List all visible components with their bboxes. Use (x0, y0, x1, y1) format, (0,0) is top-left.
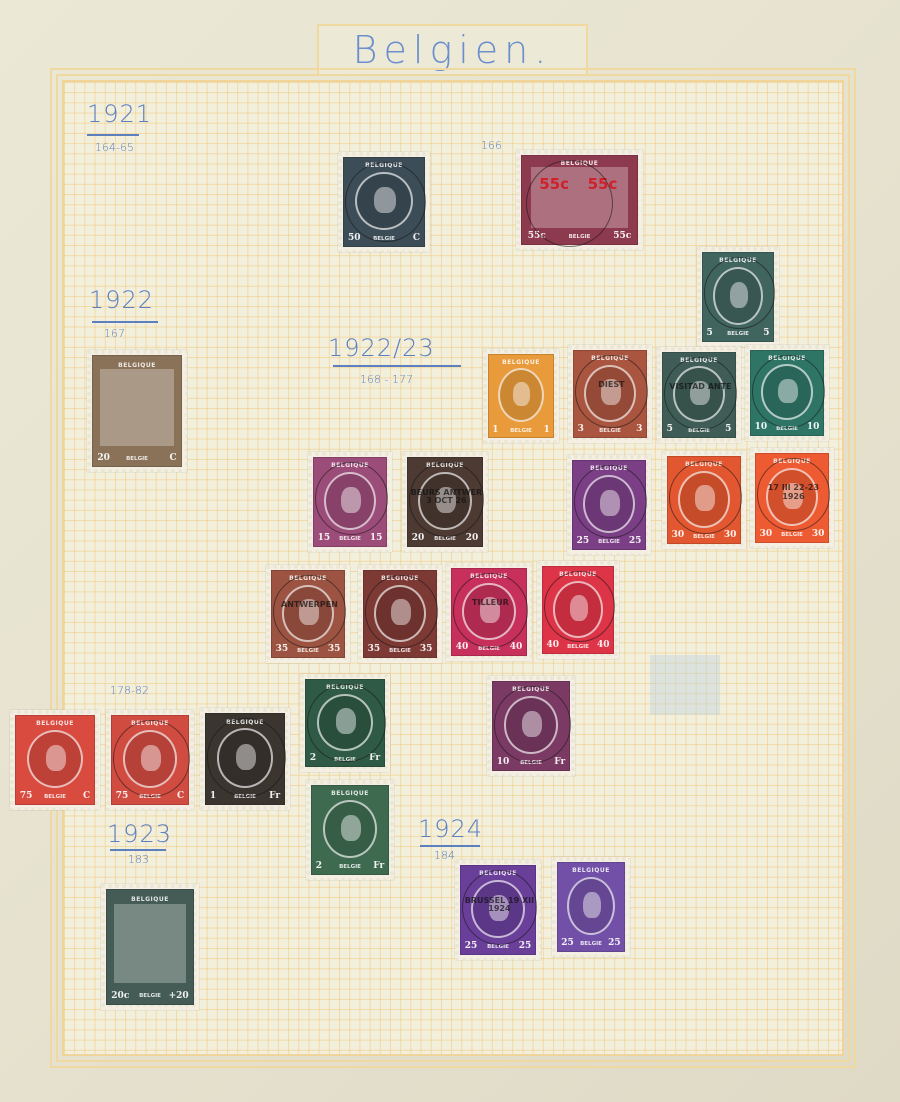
stamp: BELGIQUEBELGIE55VISITAD ANTE (657, 347, 741, 443)
portrait-oval (766, 468, 818, 526)
stamp-design: BELGIQUEBELGIE10Fr (492, 681, 570, 771)
portrait-oval (355, 172, 413, 230)
stamp-design: BELGIQUEBELGIE11 (488, 354, 554, 438)
stamp-country: BELGIQUE (107, 896, 193, 903)
stamp-design: BELGIQUEBELGIE2020 (407, 457, 483, 547)
catalog-label-178-82: 178-82 (110, 684, 149, 697)
underline (110, 849, 166, 851)
stamp-value-left: 1 (492, 425, 498, 435)
underline (420, 845, 480, 847)
underline (87, 134, 139, 136)
stamp-value-left: 25 (465, 941, 478, 951)
king-portrait-icon (436, 487, 456, 513)
stamp-country: BELGIQUE (558, 867, 624, 874)
underline (92, 321, 158, 323)
stamp-value-right: 3 (636, 424, 642, 434)
stamp-value-right: 35 (420, 644, 433, 654)
year-label-1922: 1922 (89, 286, 154, 314)
stamp: BELGIQUEBELGIE10Fr (487, 676, 575, 776)
stamp-design: BELGIQUEBELGIE4040 (451, 568, 527, 656)
king-portrait-icon (730, 282, 749, 308)
king-portrait-icon (341, 815, 361, 841)
stamp: BELGIQUE55c55cBELGIE55c55c (516, 150, 643, 250)
stamp-design: BELGIQUEBELGIE50C (343, 157, 425, 247)
stamp-value-right: 5 (763, 328, 769, 338)
stamp-value-left: 30 (672, 530, 685, 540)
portrait-oval (583, 475, 635, 533)
portrait-oval (282, 585, 334, 642)
stamp-design: BELGIQUEBELGIE2Fr (311, 785, 389, 875)
stamp-value-left: 35 (368, 644, 381, 654)
king-portrait-icon (489, 895, 509, 921)
portrait-oval (323, 800, 378, 858)
stamp-country: BELGIQUE (489, 359, 553, 366)
stamp-value-right: Fr (373, 861, 384, 871)
stamp: BELGIQUEBELGIE2Fr (306, 780, 394, 880)
stamp: BELGIQUEBELGIE3535 (358, 565, 442, 663)
stamp-value-right: Fr (369, 753, 380, 763)
stamp-value-left: 35 (276, 644, 289, 654)
king-portrait-icon (690, 381, 709, 406)
portrait-oval (678, 471, 730, 528)
stamp: BELGIQUEBELGIE3030 (662, 451, 746, 549)
stamp-country: BELGIQUE (573, 465, 645, 472)
portrait-oval (462, 583, 515, 640)
stamp: BELGIQUEBELGIE3535ANTWERPEN (266, 565, 350, 663)
portrait-oval (567, 877, 615, 935)
portrait-oval (584, 365, 636, 422)
stamp-value-right: 25 (629, 536, 642, 546)
stamp-design: BELGIQUEBELGIE1Fr (205, 713, 285, 805)
stamp-value-left: 1 (210, 791, 216, 801)
stamp-design: BELGIQUEBELGIE75C (111, 715, 189, 805)
stamp-value-right: C (413, 233, 420, 243)
stamp-country: BELGIQUE (344, 162, 424, 169)
stamp-country: BELGIQUE (16, 720, 94, 727)
stamp-value-left: 3 (578, 424, 584, 434)
stamp-design: BELGIQUEBELGIE20c+20 (106, 889, 194, 1005)
king-portrait-icon (583, 892, 600, 918)
stamp-value-left: 55c (528, 231, 546, 241)
catalog-label-1924: 184 (434, 849, 455, 862)
stamp-value-right: Fr (269, 791, 280, 801)
stamp-value-right: C (83, 791, 90, 801)
stamp-country: BELGIQUE (112, 720, 188, 727)
stain (650, 655, 720, 715)
king-portrait-icon (600, 490, 619, 516)
stamp: BELGIQUEBELGIE4040 (537, 561, 619, 659)
stamp-design: BELGIQUEBELGIE55 (662, 352, 736, 438)
stamp-country: BELGIQUE (756, 458, 828, 465)
king-portrait-icon (299, 599, 318, 624)
portrait-oval (317, 694, 373, 751)
portrait-oval (713, 267, 763, 325)
king-portrait-icon (336, 708, 357, 733)
stamp-country: BELGIQUE (364, 575, 436, 582)
stamp-value-right: 1 (544, 425, 550, 435)
stamp-country: BELGIQUE (408, 462, 482, 469)
underline (333, 365, 461, 367)
portrait-oval (553, 581, 603, 638)
stamp-value-right: 55c (613, 231, 631, 241)
catalog-label-1921: 164-65 (95, 141, 134, 154)
king-portrait-icon (601, 379, 620, 404)
stamp-value-right: 5 (725, 424, 731, 434)
stamp-country: BELGIQUE (543, 571, 613, 578)
stamp-value-left: 50 (348, 233, 361, 243)
king-portrait-icon (141, 745, 161, 771)
portrait-oval (374, 585, 426, 642)
stamp-value-left: 25 (577, 536, 590, 546)
stamp-value-left: 75 (116, 791, 129, 801)
stamp: BELGIQUEBELGIE75C (10, 710, 100, 810)
year-label-1921: 1921 (87, 100, 152, 128)
portrait-oval (504, 696, 559, 754)
stamp-design: BELGIQUEBELGIE3030 (755, 453, 829, 543)
stamp-design: BELGIQUEBELGIE55 (702, 252, 774, 342)
catalog-label-1923: 183 (128, 853, 149, 866)
king-portrait-icon (236, 744, 257, 771)
stamp-value-right: 20 (466, 533, 479, 543)
stamp-country: BELGIQUE (272, 575, 344, 582)
portrait-oval (761, 364, 813, 419)
stamp: BELGIQUEBELGIE1Fr (200, 708, 290, 810)
stamp-value-left: 15 (318, 533, 331, 543)
stamp: BELGIQUEBELGIE1515 (308, 452, 392, 552)
portrait-oval (27, 730, 83, 788)
stamp-value-right: 25 (608, 938, 621, 948)
stamp: BELGIQUEBELGIE1010 (745, 345, 829, 441)
king-portrait-icon (513, 382, 530, 406)
stamp-value-left: 20 (412, 533, 425, 543)
stamp-value-right: +20 (169, 991, 189, 1001)
stamp: BELGIQUEBELGIE55 (697, 247, 779, 347)
stamp: BELGIQUEBELGIE75C (106, 710, 194, 810)
stamp-design: BELGIQUEBELGIE2525 (460, 865, 536, 955)
stamp-country: BELGIQUE (93, 362, 181, 369)
stamp-value-right: 10 (807, 422, 820, 432)
title-box: Belgien. (317, 24, 588, 74)
stamp-value-left: 20 (97, 453, 110, 463)
portrait-oval (673, 366, 725, 421)
king-portrait-icon (480, 597, 500, 622)
stamp-country: BELGIQUE (461, 870, 535, 877)
stamp-country: BELGIQUE (306, 684, 384, 691)
year-label-1923: 1923 (107, 820, 172, 848)
king-portrait-icon (391, 599, 410, 624)
catalog-label-1922-23: 168 - 177 (360, 373, 413, 386)
stamp-country: BELGIQUE (493, 686, 569, 693)
king-portrait-icon (374, 187, 395, 213)
stamp-country: BELGIQUE (751, 355, 823, 362)
stamp: BELGIQUEBELGIE4040TILLEUR (446, 563, 532, 661)
portrait-oval (217, 728, 273, 787)
stamp-value-left: 25 (561, 938, 574, 948)
stamp-design: BELGIQUEBELGIE2525 (557, 862, 625, 952)
stamp-value-left: 5 (667, 424, 673, 434)
stamp-value-left: 30 (760, 529, 773, 539)
stamp-value-right: C (169, 453, 176, 463)
king-portrait-icon (778, 379, 797, 404)
stamp-design: BELGIQUEBELGIE3535 (271, 570, 345, 658)
stamp-design: BELGIQUE55c55cBELGIE55c55c (521, 155, 638, 245)
king-portrait-icon (783, 483, 802, 509)
stamp: BELGIQUEBELGIE2020BEURS ANTWER 3 OCT 26 (402, 452, 488, 552)
stamp: BELGIQUEBELGIE2525 (552, 857, 630, 957)
stamp-value-right: 40 (510, 642, 523, 652)
stamp-value-right: 35 (328, 644, 341, 654)
stamp: BELGIQUEBELGIE20C (87, 350, 187, 472)
overprint: 55c (539, 175, 569, 193)
stamp-design: BELGIQUEBELGIE4040 (542, 566, 614, 654)
stamp-value-left: 10 (755, 422, 768, 432)
stamp-value-left: 10 (497, 757, 510, 767)
overprint: 55c (588, 175, 618, 193)
stamp: BELGIQUEBELGIE11 (483, 349, 559, 443)
stamp-value-left: 2 (316, 861, 322, 871)
stamp-value-right: 30 (724, 530, 737, 540)
stamp: BELGIQUEBELGIE50C (338, 152, 430, 252)
portrait-oval (123, 730, 178, 788)
stamp-design: BELGIQUEBELGIE1515 (313, 457, 387, 547)
stamp-scene (114, 904, 186, 984)
stamp-design: BELGIQUEBELGIE3030 (667, 456, 741, 544)
catalog-label-1922: 167 (104, 327, 125, 340)
portrait-oval (418, 472, 471, 530)
stamp-country: BELGIQUE (574, 355, 646, 362)
stamp: BELGIQUEBELGIE2525BRUSSEL 19 XII 1924 (455, 860, 541, 960)
stamp-design: BELGIQUEBELGIE75C (15, 715, 95, 805)
catalog-label-166: 166 (481, 139, 502, 152)
stamp-country: BELGIQUE (452, 573, 526, 580)
stamp-value-right: 40 (597, 640, 610, 650)
stamp-value-right: 30 (812, 529, 825, 539)
stamp-value-left: 2 (310, 753, 316, 763)
stamp-design: BELGIQUEBELGIE1010 (750, 350, 824, 436)
stamp-value-left: 40 (547, 640, 560, 650)
stamp-country: BELGIQUE (668, 461, 740, 468)
portrait-oval (498, 368, 544, 422)
stamp-value-right: 15 (370, 533, 383, 543)
stamp: BELGIQUEBELGIE20c+20 (101, 884, 199, 1010)
stamp-country: BELGIQUE (206, 719, 284, 726)
portrait-oval (471, 880, 524, 938)
page-title: Belgien. (319, 28, 586, 72)
stamp: BELGIQUEBELGIE2525 (567, 455, 651, 555)
king-portrait-icon (522, 711, 542, 737)
stamp: BELGIQUEBELGIE33DIEST (568, 345, 652, 443)
stamp-value-right: 25 (519, 941, 532, 951)
stamp: BELGIQUEBELGIE2Fr (300, 674, 390, 772)
stamp-country: BELGIQUE (703, 257, 773, 264)
king-portrait-icon (570, 595, 589, 620)
stamp-value-left: 5 (707, 328, 713, 338)
year-label-1922-23: 1922/23 (328, 334, 435, 362)
album-page: Belgien. 1921 164-65 166 1922 167 1922/2… (0, 0, 900, 1102)
king-portrait-icon (46, 745, 67, 771)
stamp-design: BELGIQUEBELGIE2525 (572, 460, 646, 550)
stamp-design: BELGIQUEBELGIE20C (92, 355, 182, 467)
stamp-scene (100, 369, 174, 446)
king-portrait-icon (341, 487, 360, 513)
stamp-value-right: Fr (554, 757, 565, 767)
stamp-country: BELGIQUE (663, 357, 735, 364)
year-label-1924: 1924 (418, 815, 483, 843)
stamp-country: BELGIQUE (314, 462, 386, 469)
stamp-value-right: C (177, 791, 184, 801)
stamp-design: BELGIQUEBELGIE3535 (363, 570, 437, 658)
stamp-value-left: 20c (111, 991, 129, 1001)
portrait-oval (324, 472, 376, 530)
stamp-country: BELGIQUE (312, 790, 388, 797)
stamp: BELGIQUEBELGIE303017 III 22-23 1926 (750, 448, 834, 548)
stamp-design: BELGIQUEBELGIE2Fr (305, 679, 385, 767)
stamp-design: BELGIQUEBELGIE33 (573, 350, 647, 438)
stamp-value-left: 40 (456, 642, 469, 652)
stamp-value-left: 75 (20, 791, 33, 801)
king-portrait-icon (695, 485, 714, 510)
